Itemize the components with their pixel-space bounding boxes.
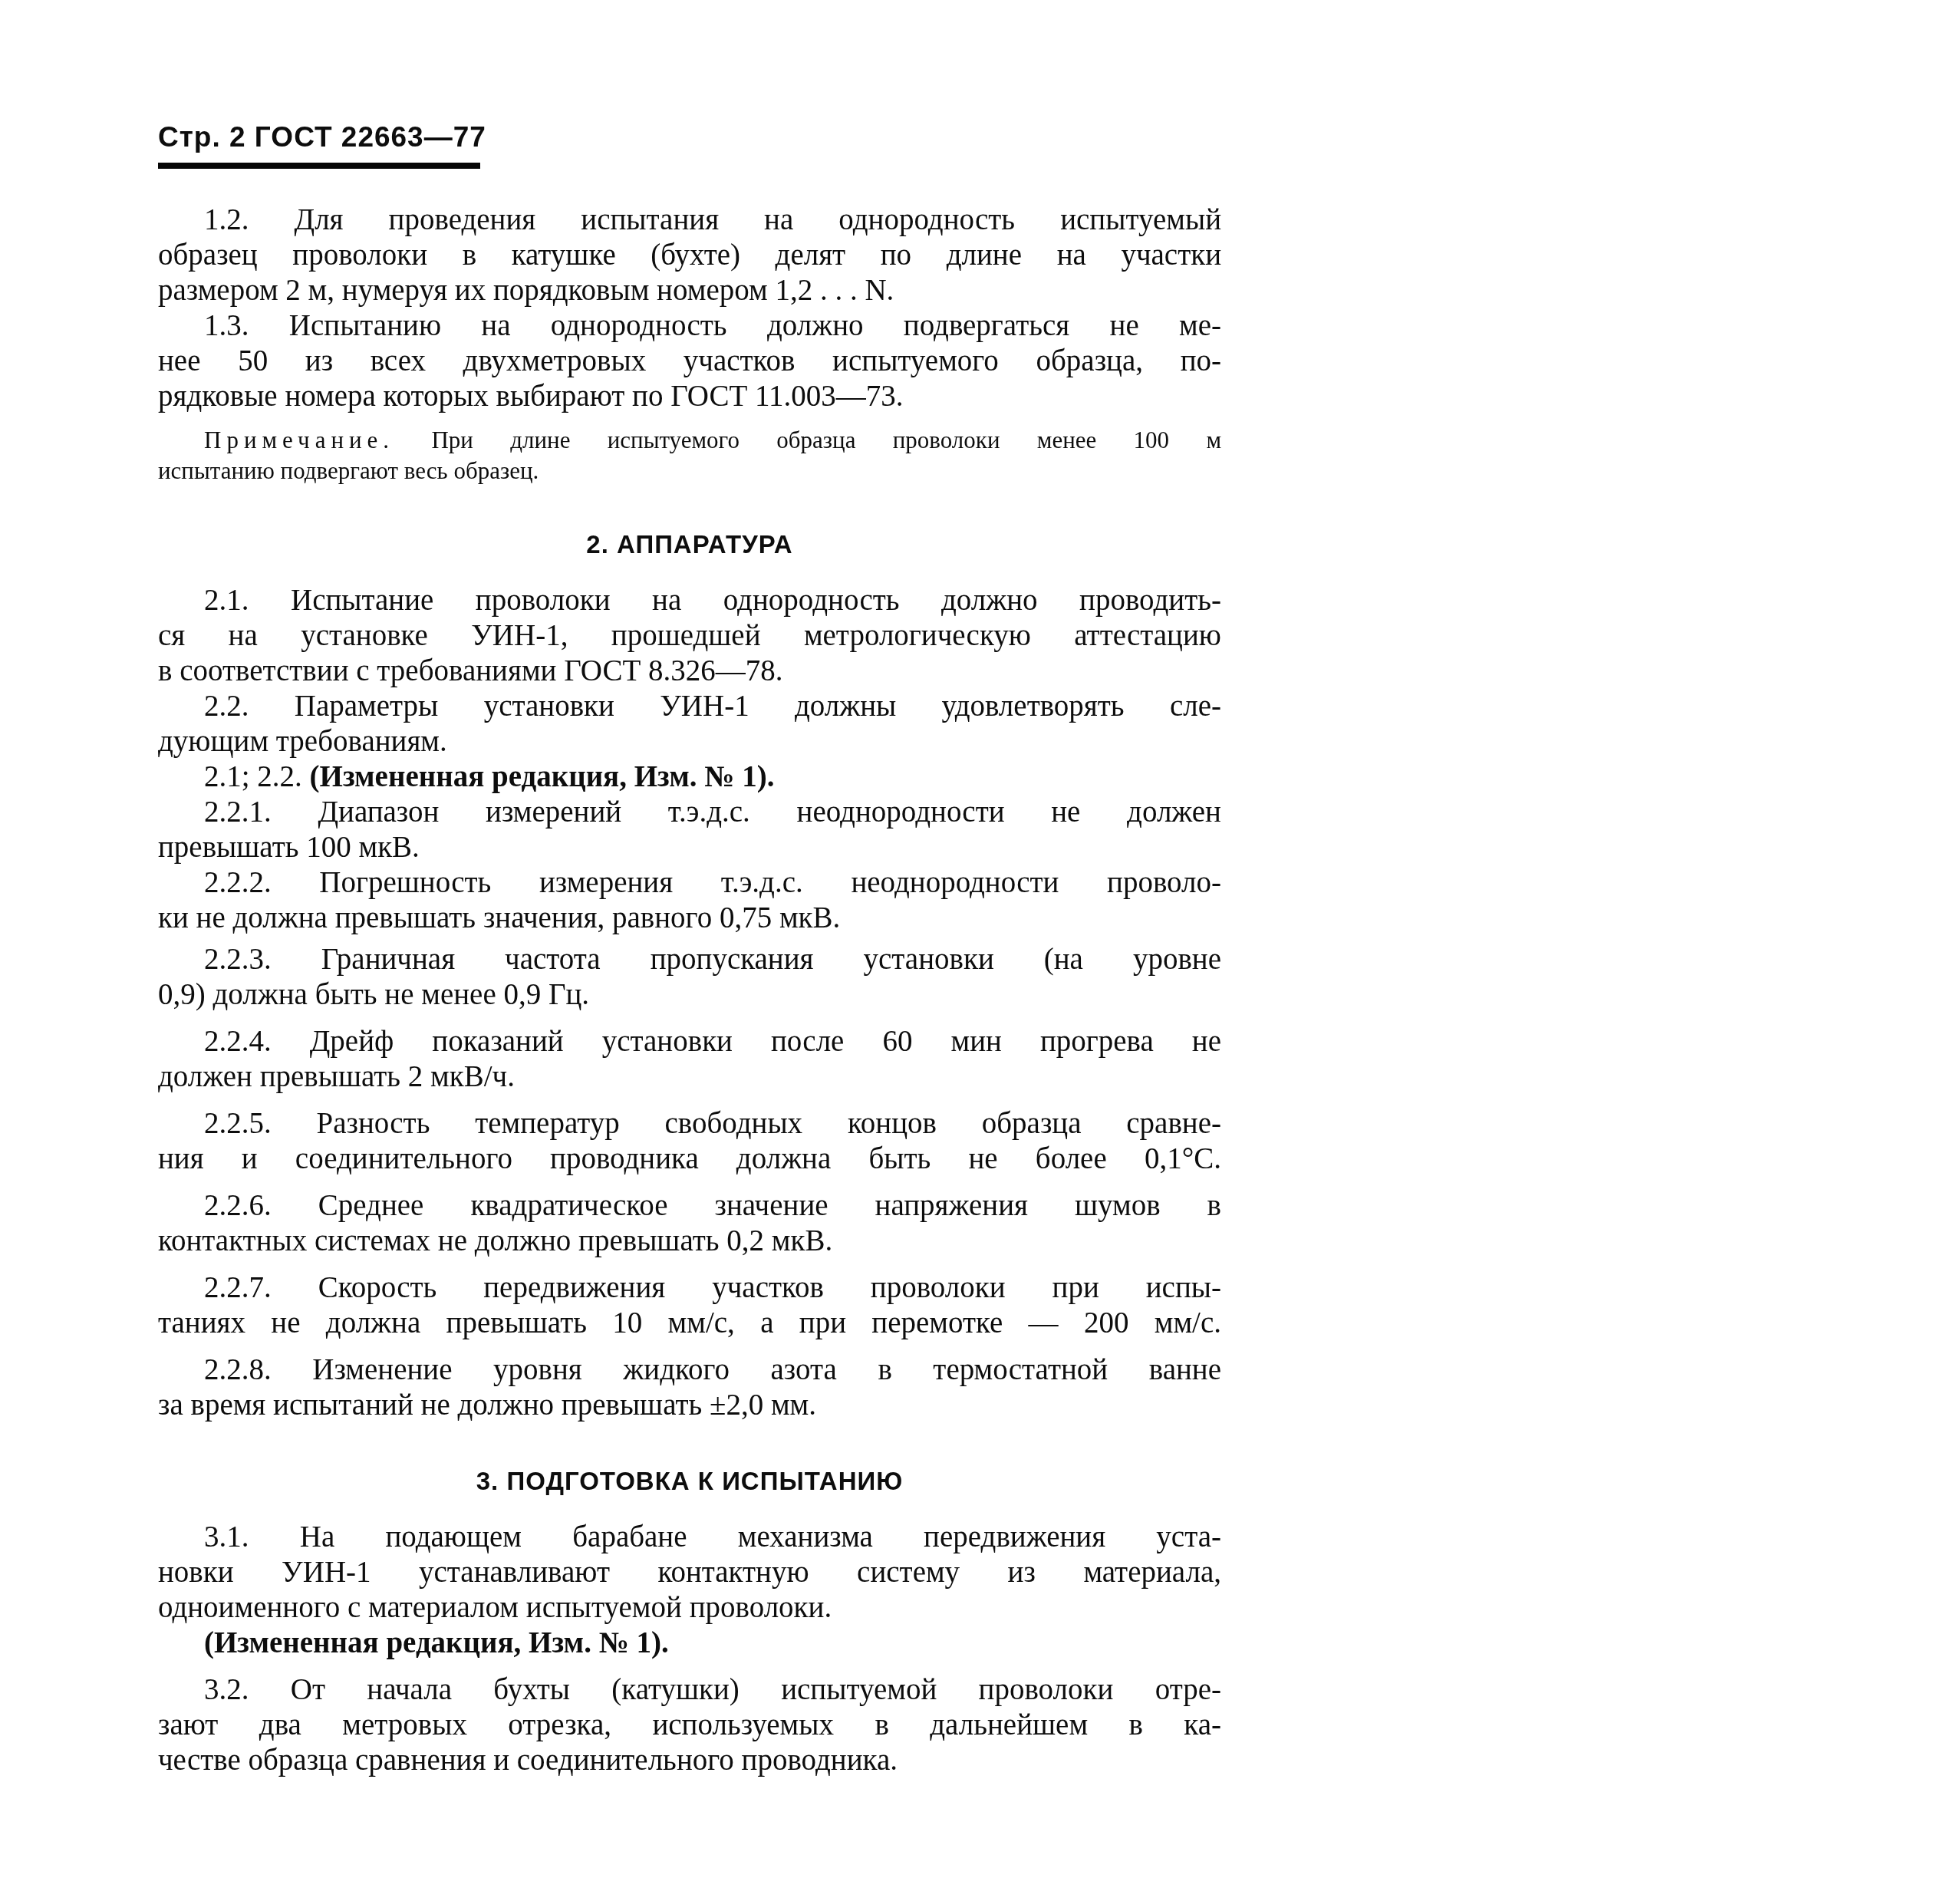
amendment-line: (Измененная редакция, Изм. № 1). — [158, 1626, 1221, 1661]
text-line: 2.2.7. Скорость передвижения участков пр… — [158, 1270, 1221, 1306]
text-line: одноименного с материалом испытуемой про… — [158, 1590, 1221, 1626]
amendment-line: 2.1; 2.2. (Измененная редакция, Изм. № 1… — [158, 759, 1221, 795]
paragraph: 2.2.3. Граничная частота пропускания уст… — [158, 942, 1221, 1013]
section-heading: 3. ПОДГОТОВКА К ИСПЫТАНИЮ — [158, 1466, 1221, 1497]
paragraph: 2.2. Параметры установки УИН-1 должны уд… — [158, 689, 1221, 759]
text-line: ки не должна превышать значения, равного… — [158, 901, 1221, 936]
text-line: новки УИН-1 устанавливают контактную сис… — [158, 1555, 1221, 1590]
text-line: 2.2.1. Диапазон измерений т.э.д.с. неодн… — [158, 795, 1221, 830]
paragraph: 1.2. Для проведения испытания на однород… — [158, 203, 1221, 308]
text-line: 2.2.3. Граничная частота пропускания уст… — [158, 942, 1221, 977]
document-body: 1.2. Для проведения испытания на однород… — [158, 203, 1221, 1778]
text-line: 2.2. Параметры установки УИН-1 должны уд… — [158, 689, 1221, 724]
paragraph: 1.3. Испытанию на однородность должно по… — [158, 308, 1221, 414]
text-line: контактных системах не должно превышать … — [158, 1224, 1221, 1259]
text-line: дующим требованиям. — [158, 724, 1221, 759]
page-header: Стр. 2 ГОСТ 22663—77 — [158, 120, 1221, 155]
text-line: рядковые номера которых выбирают по ГОСТ… — [158, 379, 1221, 414]
text-line: 2.1. Испытание проволоки на однородность… — [158, 583, 1221, 618]
paragraph: 2.2.2. Погрешность измерения т.э.д.с. не… — [158, 865, 1221, 936]
text-line: должен превышать 2 мкВ/ч. — [158, 1059, 1221, 1095]
text-line: нее 50 из всех двухметровых участков исп… — [158, 344, 1221, 379]
text-line: испытанию подвергают весь образец. — [158, 456, 1221, 486]
amendment-bold-text: (Измененная редакция, Изм. № 1). — [204, 1626, 669, 1659]
note: Примечание. При длине испытуемого образц… — [158, 425, 1221, 486]
text-line: 2.2.5. Разность температур свободных кон… — [158, 1106, 1221, 1142]
paragraph: 2.2.8. Изменение уровня жидкого азота в … — [158, 1352, 1221, 1423]
amendment-bold-text: (Измененная редакция, Изм. № 1). — [310, 760, 775, 793]
text-line: ся на установке УИН-1, прошедшей метроло… — [158, 618, 1221, 654]
paragraph: 2.2.4. Дрейф показаний установки после 6… — [158, 1024, 1221, 1095]
text-line: превышать 100 мкВ. — [158, 830, 1221, 865]
paragraph: 2.2.7. Скорость передвижения участков пр… — [158, 1270, 1221, 1341]
text-line: честве образца сравнения и соединительно… — [158, 1743, 1221, 1778]
paragraph: 2.2.6. Среднее квадратическое значение н… — [158, 1188, 1221, 1259]
text-line: 1.2. Для проведения испытания на однород… — [158, 203, 1221, 238]
scanned-document-page: Стр. 2 ГОСТ 22663—77 1.2. Для проведения… — [0, 0, 1960, 1901]
text-line: образец проволоки в катушке (бухте) деля… — [158, 238, 1221, 273]
text-line: 2.2.4. Дрейф показаний установки после 6… — [158, 1024, 1221, 1059]
text-line: 3.1. На подающем барабане механизма пере… — [158, 1520, 1221, 1555]
text-line: ния и соединительного проводника должна … — [158, 1142, 1221, 1177]
text-line: в соответствии с требованиями ГОСТ 8.326… — [158, 654, 1221, 689]
text-line: за время испытаний не должно превышать ±… — [158, 1388, 1221, 1423]
paragraph: 2.2.1. Диапазон измерений т.э.д.с. неодн… — [158, 795, 1221, 865]
text-line: таниях не должна превышать 10 мм/с, а пр… — [158, 1306, 1221, 1341]
note-label: Примечание. — [204, 427, 394, 453]
text-line: 1.3. Испытанию на однородность должно по… — [158, 308, 1221, 344]
text-column: Стр. 2 ГОСТ 22663—77 1.2. Для проведения… — [158, 120, 1221, 1778]
paragraph: 3.2. От начала бухты (катушки) испытуемо… — [158, 1672, 1221, 1778]
header-rule — [158, 163, 480, 169]
text-line: (Измененная редакция, Изм. № 1). — [158, 1626, 1221, 1661]
paragraph: 2.2.5. Разность температур свободных кон… — [158, 1106, 1221, 1177]
text-line: 2.1; 2.2. (Измененная редакция, Изм. № 1… — [158, 759, 1221, 795]
text-line: 0,9) должна быть не менее 0,9 Гц. — [158, 977, 1221, 1013]
text-line: 2.2.2. Погрешность измерения т.э.д.с. не… — [158, 865, 1221, 901]
text-line: размером 2 м, нумеруя их порядковым номе… — [158, 273, 1221, 308]
text-line: 2.2.8. Изменение уровня жидкого азота в … — [158, 1352, 1221, 1388]
text-line: 3.2. От начала бухты (катушки) испытуемо… — [158, 1672, 1221, 1708]
text-line: зают два метровых отрезка, используемых … — [158, 1708, 1221, 1743]
paragraph: 3.1. На подающем барабане механизма пере… — [158, 1520, 1221, 1626]
paragraph: 2.1. Испытание проволоки на однородность… — [158, 583, 1221, 689]
text-line: Примечание. При длине испытуемого образц… — [158, 425, 1221, 456]
section-heading: 2. АППАРАТУРА — [158, 529, 1221, 560]
text-line: 2.2.6. Среднее квадратическое значение н… — [158, 1188, 1221, 1224]
